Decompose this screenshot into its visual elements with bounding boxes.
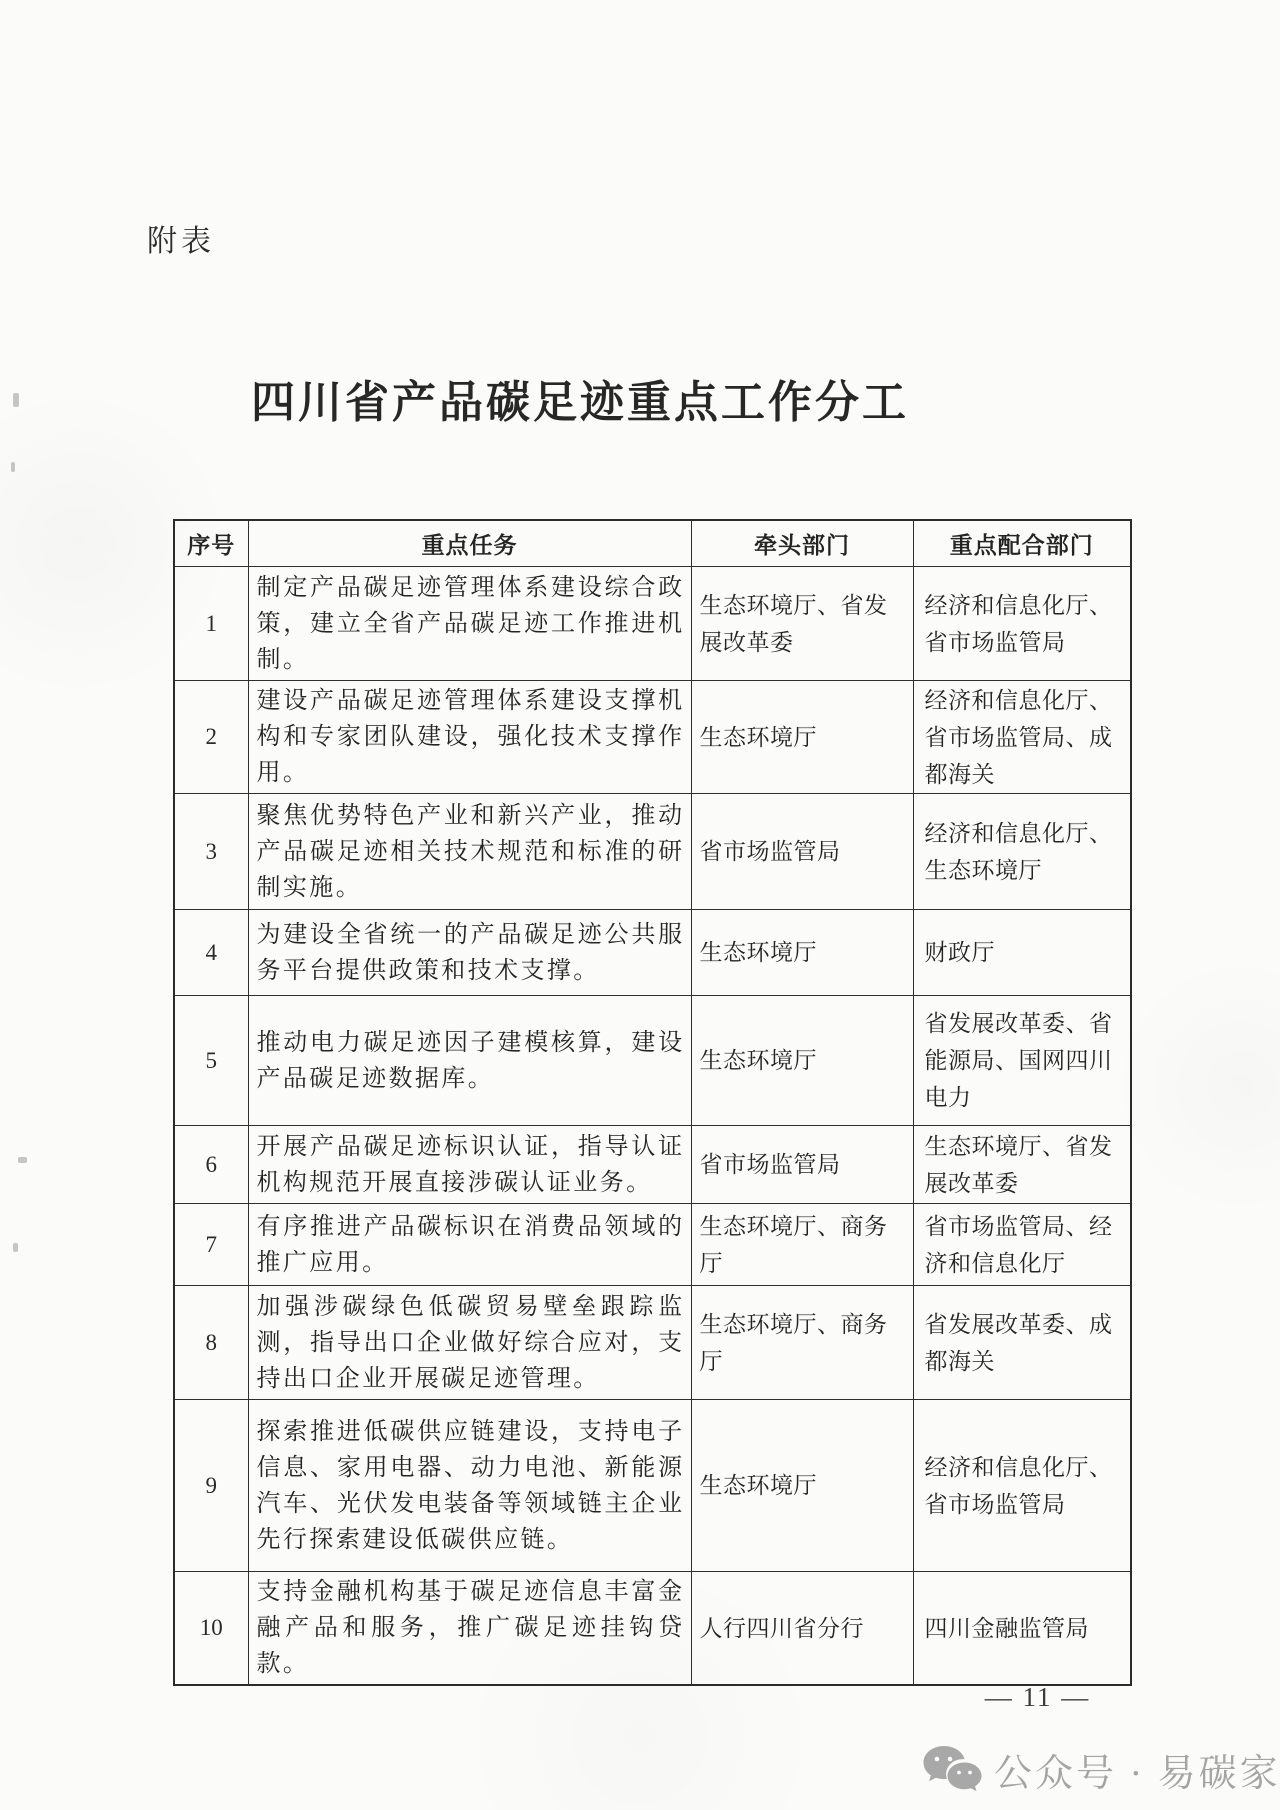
scan-artifact bbox=[18, 1157, 27, 1163]
cell-serial-number: 5 bbox=[174, 996, 248, 1126]
watermark: 公众号 · 易碳家 bbox=[922, 1742, 1280, 1797]
cell-key-task: 建设产品碳足迹管理体系建设支撑机构和专家团队建设，强化技术支撑作用。 bbox=[248, 681, 691, 794]
cell-lead-department: 生态环境厅 bbox=[691, 681, 913, 794]
cell-key-task: 制定产品碳足迹管理体系建设综合政策，建立全省产品碳足迹工作推进机制。 bbox=[248, 567, 691, 681]
table-row: 6 开展产品碳足迹标识认证，指导认证机构规范开展直接涉碳认证业务。 省市场监管局… bbox=[174, 1126, 1131, 1204]
cell-lead-department: 省市场监管局 bbox=[691, 794, 913, 910]
cell-lead-department: 生态环境厅 bbox=[691, 996, 913, 1126]
cell-serial-number: 3 bbox=[174, 794, 248, 910]
cell-serial-number: 9 bbox=[174, 1400, 248, 1572]
table-row: 7 有序推进产品碳标识在消费品领域的推广应用。 生态环境厅、商务厅 省市场监管局… bbox=[174, 1204, 1131, 1286]
table-row: 1 制定产品碳足迹管理体系建设综合政策，建立全省产品碳足迹工作推进机制。 生态环… bbox=[174, 567, 1131, 681]
table-row: 3 聚焦优势特色产业和新兴产业，推动产品碳足迹相关技术规范和标准的研制实施。 省… bbox=[174, 794, 1131, 910]
cell-serial-number: 10 bbox=[174, 1572, 248, 1686]
cell-supporting-department: 省市场监管局、经济和信息化厅 bbox=[913, 1204, 1131, 1286]
header-key-task: 重点任务 bbox=[248, 520, 691, 567]
cell-lead-department: 人行四川省分行 bbox=[691, 1572, 913, 1686]
cell-supporting-department: 四川金融监管局 bbox=[913, 1572, 1131, 1686]
scan-artifact bbox=[13, 393, 19, 407]
cell-lead-department: 生态环境厅 bbox=[691, 1400, 913, 1572]
table-row: 4 为建设全省统一的产品碳足迹公共服务平台提供政策和技术支撑。 生态环境厅 财政… bbox=[174, 910, 1131, 996]
cell-serial-number: 1 bbox=[174, 567, 248, 681]
header-supporting-department: 重点配合部门 bbox=[913, 520, 1131, 567]
cell-serial-number: 2 bbox=[174, 681, 248, 794]
cell-serial-number: 7 bbox=[174, 1204, 248, 1286]
header-serial-number: 序号 bbox=[174, 520, 248, 567]
cell-key-task: 加强涉碳绿色低碳贸易壁垒跟踪监测，指导出口企业做好综合应对，支持出口企业开展碳足… bbox=[248, 1286, 691, 1400]
cell-supporting-department: 财政厅 bbox=[913, 910, 1131, 996]
table-row: 2 建设产品碳足迹管理体系建设支撑机构和专家团队建设，强化技术支撑作用。 生态环… bbox=[174, 681, 1131, 794]
cell-lead-department: 生态环境厅 bbox=[691, 910, 913, 996]
cell-key-task: 开展产品碳足迹标识认证，指导认证机构规范开展直接涉碳认证业务。 bbox=[248, 1126, 691, 1204]
page-number: — 11 — bbox=[955, 1682, 1120, 1713]
cell-key-task: 为建设全省统一的产品碳足迹公共服务平台提供政策和技术支撑。 bbox=[248, 910, 691, 996]
cell-lead-department: 生态环境厅、商务厅 bbox=[691, 1204, 913, 1286]
cell-key-task: 聚焦优势特色产业和新兴产业，推动产品碳足迹相关技术规范和标准的研制实施。 bbox=[248, 794, 691, 910]
cell-serial-number: 8 bbox=[174, 1286, 248, 1400]
cell-supporting-department: 经济和信息化厅、省市场监管局 bbox=[913, 1400, 1131, 1572]
table-row: 8 加强涉碳绿色低碳贸易壁垒跟踪监测，指导出口企业做好综合应对，支持出口企业开展… bbox=[174, 1286, 1131, 1400]
watermark-text: 公众号 · 易碳家 bbox=[994, 1742, 1280, 1797]
cell-lead-department: 省市场监管局 bbox=[691, 1126, 913, 1204]
cell-lead-department: 生态环境厅、商务厅 bbox=[691, 1286, 913, 1400]
scan-artifact bbox=[11, 462, 15, 472]
header-lead-department: 牵头部门 bbox=[691, 520, 913, 567]
cell-key-task: 有序推进产品碳标识在消费品领域的推广应用。 bbox=[248, 1204, 691, 1286]
cell-supporting-department: 省发展改革委、成都海关 bbox=[913, 1286, 1131, 1400]
work-division-table: 序号 重点任务 牵头部门 重点配合部门 1 制定产品碳足迹管理体系建设综合政策，… bbox=[173, 519, 1132, 1686]
cell-key-task: 探索推进低碳供应链建设，支持电子信息、家用电器、动力电池、新能源汽车、光伏发电装… bbox=[248, 1400, 691, 1572]
page-title: 四川省产品碳足迹重点工作分工 bbox=[170, 366, 990, 430]
cell-supporting-department: 经济和信息化厅、省市场监管局 bbox=[913, 567, 1131, 681]
cell-serial-number: 4 bbox=[174, 910, 248, 996]
table-row: 5 推动电力碳足迹因子建模核算，建设产品碳足迹数据库。 生态环境厅 省发展改革委… bbox=[174, 996, 1131, 1126]
wechat-icon bbox=[922, 1744, 984, 1796]
scan-artifact bbox=[13, 1243, 18, 1252]
table-row: 9 探索推进低碳供应链建设，支持电子信息、家用电器、动力电池、新能源汽车、光伏发… bbox=[174, 1400, 1131, 1572]
cell-key-task: 支持金融机构基于碳足迹信息丰富金融产品和服务，推广碳足迹挂钩贷款。 bbox=[248, 1572, 691, 1686]
cell-supporting-department: 生态环境厅、省发展改革委 bbox=[913, 1126, 1131, 1204]
cell-supporting-department: 经济和信息化厅、生态环境厅 bbox=[913, 794, 1131, 910]
cell-supporting-department: 省发展改革委、省能源局、国网四川电力 bbox=[913, 996, 1131, 1126]
cell-key-task: 推动电力碳足迹因子建模核算，建设产品碳足迹数据库。 bbox=[248, 996, 691, 1126]
table-header-row: 序号 重点任务 牵头部门 重点配合部门 bbox=[174, 520, 1131, 567]
cell-serial-number: 6 bbox=[174, 1126, 248, 1204]
scanned-document-page: 附表 四川省产品碳足迹重点工作分工 序号 重点任务 牵头部门 重点配合部门 1 … bbox=[0, 0, 1280, 1810]
table-row: 10 支持金融机构基于碳足迹信息丰富金融产品和服务，推广碳足迹挂钩贷款。 人行四… bbox=[174, 1572, 1131, 1686]
cell-supporting-department: 经济和信息化厅、省市场监管局、成都海关 bbox=[913, 681, 1131, 794]
cell-lead-department: 生态环境厅、省发展改革委 bbox=[691, 567, 913, 681]
attachment-label: 附表 bbox=[147, 216, 215, 260]
